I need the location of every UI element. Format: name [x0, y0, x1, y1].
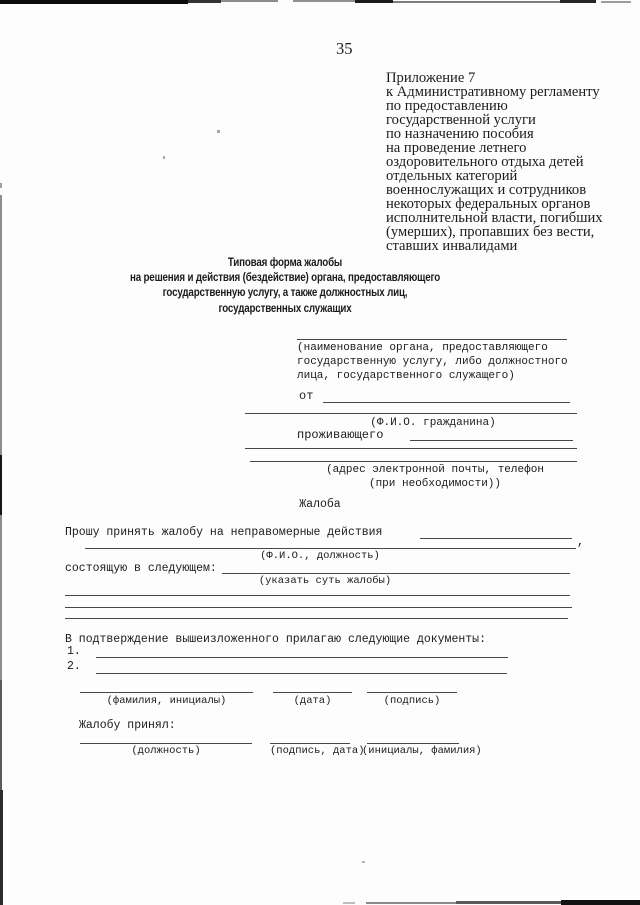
signature-note-sign: (подпись): [367, 696, 457, 707]
fill-line-from: [323, 402, 570, 403]
appendix-block: Приложение 7 к Административному регламе…: [386, 71, 626, 253]
signature-line-date: [273, 692, 352, 693]
intro-comma: ,: [577, 537, 584, 549]
document-page: 35 Приложение 7 к Административному регл…: [0, 0, 640, 905]
scan-artifact-bottom: [343, 902, 355, 904]
contact-note: (адрес электронной почты, телефон (при н…: [297, 464, 573, 491]
form-title-line: Типовая форма жалобы: [73, 256, 498, 271]
scan-artifact-top: [393, 1, 560, 3]
complaint-intro: Прошу принять жалобу на неправомерные де…: [65, 527, 382, 539]
item-2-number: 2.: [67, 661, 81, 673]
signature-line-position: [80, 743, 252, 744]
from-label: от: [299, 390, 313, 402]
appendix-line: отдельных категорий: [386, 169, 626, 183]
fill-line-consisting: [222, 573, 570, 574]
form-title: Типовая форма жалобы на решения и действ…: [73, 256, 498, 317]
fill-line-body-3: [65, 618, 568, 619]
scan-artifact-top: [188, 0, 221, 3]
appendix-line: на проведение летнего: [386, 141, 626, 155]
contact-note-line: (адрес электронной почты, телефон: [297, 464, 573, 478]
signature-line-name: [80, 692, 253, 693]
org-note-line: лица, государственного служащего): [297, 369, 577, 383]
scan-artifact-top: [355, 0, 393, 3]
scan-artifact-top: [293, 0, 355, 2]
contact-note-line: (при необходимости)): [297, 478, 573, 492]
org-note: (наименование органа, предоставляющего г…: [297, 341, 577, 384]
appendix-line: по назначению пособия: [386, 127, 626, 141]
fill-line-org: [297, 339, 567, 340]
appendix-line: некоторых федеральных органов: [386, 197, 626, 211]
scan-artifact-left: [0, 183, 2, 188]
attachments-intro: В подтверждение вышеизложенного прилагаю…: [65, 634, 486, 646]
consisting-label: состоящую в следующем:: [65, 563, 217, 575]
scan-artifact-bottom: [561, 900, 640, 905]
signature-line-initials: [367, 743, 459, 744]
scan-artifact-left: [0, 455, 2, 515]
scan-artifact-top: [221, 0, 278, 2]
fill-line-address-2: [250, 461, 577, 462]
scan-speck: [163, 156, 165, 159]
appendix-line: к Административному регламенту: [386, 85, 626, 99]
appendix-line: Приложение 7: [386, 71, 626, 85]
appendix-line: ставших инвалидами: [386, 239, 626, 253]
scan-speck: [217, 130, 220, 133]
residing-label: проживающего: [297, 429, 383, 441]
fill-line-item-1: [96, 657, 508, 658]
signature-note-sign-date: (подпись, дата): [270, 746, 350, 757]
scan-artifact-top: [560, 0, 596, 3]
signature-line-sign: [367, 692, 457, 693]
scan-artifact-bottom: [456, 901, 561, 904]
appendix-line: государственной услуги: [386, 113, 626, 127]
org-note-line: (наименование органа, предоставляющего: [297, 341, 577, 355]
signature-note-date: (дата): [273, 696, 352, 707]
scan-artifact-top: [0, 0, 188, 4]
accepted-label: Жалобу принял:: [79, 720, 176, 732]
fill-line-item-2: [96, 673, 507, 674]
appendix-line: (умерших), пропавших без вести,: [386, 225, 626, 239]
fill-line-fio: [245, 413, 577, 414]
scan-speck: [362, 861, 365, 863]
appendix-line: по предоставлению: [386, 99, 626, 113]
fill-line-body-1: [65, 595, 570, 596]
scan-artifact-left: [0, 680, 2, 792]
form-title-line: государственную услугу, а также должност…: [73, 286, 498, 301]
item-1-number: 1.: [67, 646, 81, 658]
essence-note: (указать суть жалобы): [70, 576, 580, 587]
signature-note-position: (должность): [80, 746, 252, 757]
scan-artifact-bottom: [366, 902, 456, 904]
complaint-title: Жалоба: [65, 499, 575, 511]
scan-artifact-top: [601, 1, 631, 3]
fill-line-intro: [420, 538, 572, 539]
fill-line-address-1: [245, 448, 577, 449]
appendix-line: военнослужащих и сотрудников: [386, 183, 626, 197]
scan-artifact-left: [0, 790, 3, 905]
form-title-line: государственных служащих: [73, 302, 498, 317]
form-title-line: на решения и действия (бездействие) орга…: [73, 271, 498, 286]
signature-note-name: (фамилия, инициалы): [80, 696, 253, 707]
signature-note-initials: (инициалы, фамилия): [362, 746, 468, 757]
fill-line-intro-2: [85, 548, 576, 549]
fill-line-body-2: [65, 607, 572, 608]
page-number: 35: [336, 40, 353, 57]
fio-position-note: (Ф.И.О., должность): [65, 551, 575, 562]
fill-line-residing: [410, 440, 573, 441]
appendix-line: оздоровительного отдыха детей: [386, 155, 626, 169]
signature-line-sign-date: [270, 743, 350, 744]
appendix-line: исполнительной власти, погибших: [386, 211, 626, 225]
org-note-line: государственную услугу, либо должностног…: [297, 355, 577, 369]
